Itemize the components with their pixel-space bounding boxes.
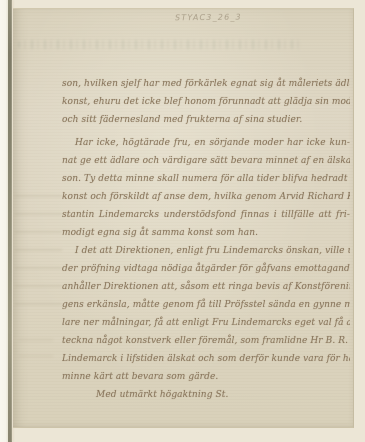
- handwritten-line: Lindemarck i lifstiden älskat och som de…: [62, 350, 350, 368]
- bleed-through-line: [18, 40, 302, 49]
- scan-left-strip: [0, 0, 8, 442]
- paragraph: I det att Direktionen, enligt fru Lindem…: [62, 242, 350, 386]
- handwritten-line: modigt egna sig åt samma konst som han.: [62, 224, 350, 242]
- handwritten-line: son. Ty detta minne skall numera för all…: [62, 170, 350, 188]
- handwritten-line: och sitt fädernesland med frukterna af s…: [62, 111, 350, 129]
- paragraph: son, hvilken sjelf har med förkärlek egn…: [62, 75, 350, 129]
- letter-body: son, hvilken sjelf har med förkärlek egn…: [62, 75, 350, 404]
- closing-line: Med utmärkt högaktning St.: [62, 386, 365, 404]
- handwritten-line: gens erkänsla, måtte genom få till Pröfs…: [62, 296, 350, 314]
- handwritten-line: minne kärt att bevara som gärde.: [62, 368, 350, 386]
- paragraph: Har icke, högtärade fru, en sörjande mod…: [62, 134, 350, 242]
- handwritten-line: der pröfning vidtaga nödiga åtgärder för…: [62, 260, 350, 278]
- handwritten-line: nat ge ett ädlare och värdigare sätt bev…: [62, 152, 350, 170]
- archival-label: STYAC3_26_3: [175, 13, 242, 23]
- manuscript-page: STYAC3_26_3 son, hvilken sjelf har med f…: [13, 8, 354, 428]
- handwritten-line: konst, ehuru det icke blef honom förunna…: [62, 93, 350, 111]
- bleed-through-margin: [15, 195, 62, 305]
- handwritten-line: konst och förskildt af anse dem, hvilka …: [62, 188, 350, 206]
- handwritten-line: son, hvilken sjelf har med förkärlek egn…: [62, 75, 350, 93]
- handwritten-line: teckna något konstverk eller föremål, so…: [62, 332, 350, 350]
- handwritten-line: lare ner målningar, få att enligt Fru Li…: [62, 314, 350, 332]
- handwritten-line: stantin Lindemarcks understödsfond finna…: [62, 206, 350, 224]
- handwritten-line: Har icke, högtärade fru, en sörjande mod…: [62, 134, 350, 152]
- handwritten-line: I det att Direktionen, enligt fru Lindem…: [62, 242, 350, 260]
- handwritten-line: anhåller Direktionen att, såsom ett ring…: [62, 278, 350, 296]
- bleed-through-margin-lower: [19, 339, 53, 359]
- scan-background: STYAC3_26_3 son, hvilken sjelf har med f…: [0, 0, 365, 442]
